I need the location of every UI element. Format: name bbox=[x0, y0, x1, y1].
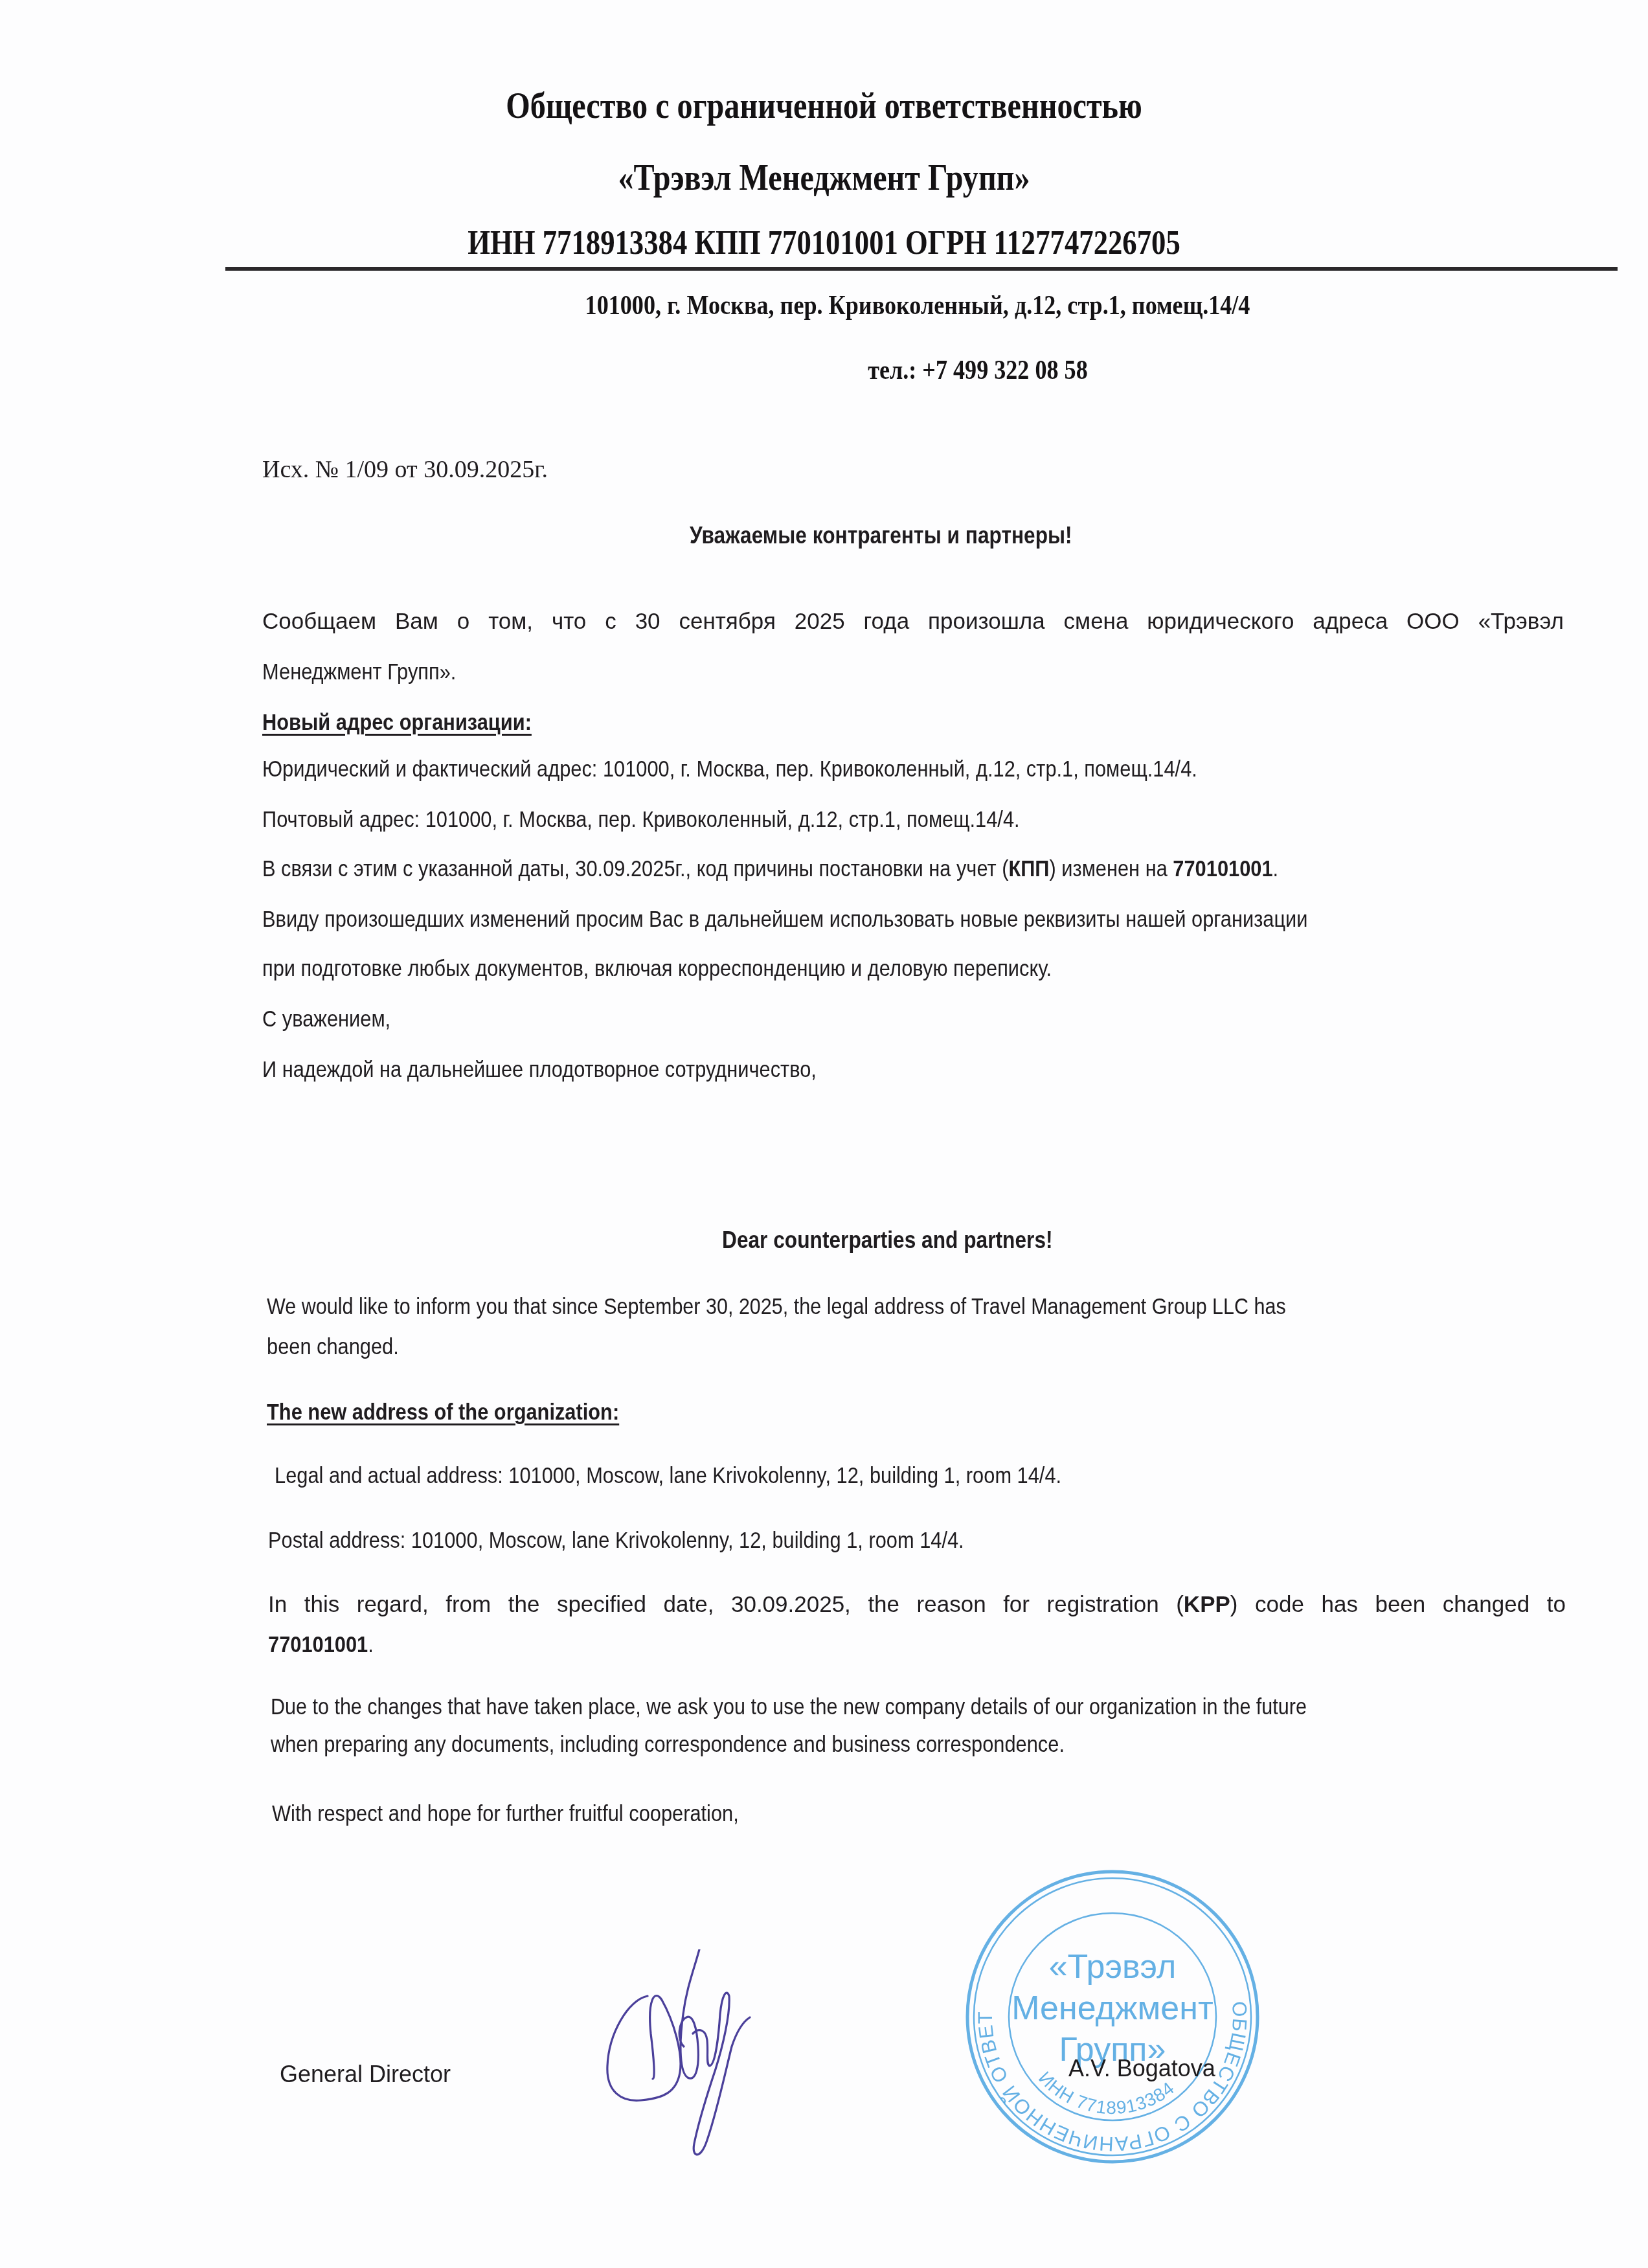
outgoing-reference: Исх. № 1/09 от 30.09.2025г. bbox=[262, 455, 548, 484]
letterhead-divider bbox=[225, 267, 1618, 271]
signatory-position: General Director bbox=[280, 2060, 451, 2089]
ru-request-line2-text: при подготовке любых документов, включая… bbox=[262, 955, 1052, 983]
ru-postal-address-text: Почтовый адрес: 101000, г. Москва, пер. … bbox=[262, 806, 1020, 834]
en-kpp-line1: Inthisregard,fromthespecifieddate,30.09.… bbox=[268, 1591, 1566, 1619]
word: 30.09.2025, bbox=[731, 1591, 851, 1619]
ru-intro-line1: СообщаемВамотом,чтос30сентября2025годапр… bbox=[262, 607, 1564, 636]
letterhead-org-form: Общество с ограниченной ответственностью bbox=[115, 85, 1533, 127]
ru-closing1-text: С уважением, bbox=[262, 1005, 390, 1034]
en-legal-address: Legal and actual address: 101000, Moscow… bbox=[275, 1462, 1169, 1490]
word: been bbox=[1375, 1591, 1425, 1619]
ru-intro-line2: Менеджмент Групп». bbox=[262, 658, 482, 686]
word: юридического bbox=[1147, 607, 1294, 636]
en-intro-line1-text: We would like to inform you that since S… bbox=[267, 1293, 1286, 1321]
word: адреса bbox=[1313, 607, 1388, 636]
word: (KPP) bbox=[1176, 1591, 1237, 1619]
word: registration bbox=[1047, 1591, 1159, 1619]
en-postal-address-text: Postal address: 101000, Moscow, lane Kri… bbox=[268, 1526, 964, 1555]
en-kpp-line2: 770101001. bbox=[268, 1631, 388, 1659]
en-closing: With respect and hope for further fruitf… bbox=[272, 1800, 802, 1828]
ru-salutation: Уважаемые контрагенты и партнеры! bbox=[690, 521, 1124, 550]
word: «Трэвэл bbox=[1478, 607, 1564, 636]
ru-closing2: И надеждой на дальнейшее плодотворное со… bbox=[262, 1056, 892, 1084]
en-salutation: Dear counterparties and partners! bbox=[722, 1226, 1098, 1254]
letterhead-org-name: «Трэвэл Менеджмент Групп» bbox=[115, 157, 1533, 199]
ru-request-line2: при подготовке любых документов, включая… bbox=[262, 955, 1159, 983]
en-closing-text: With respect and hope for further fruitf… bbox=[272, 1800, 739, 1828]
word: regard, bbox=[357, 1591, 429, 1619]
word: to bbox=[1547, 1591, 1566, 1619]
ru-new-address-heading-text: Новый адрес организации: bbox=[262, 709, 532, 737]
ru-request-line1-text: Ввиду произошедших изменений просим Вас … bbox=[262, 905, 1307, 934]
ru-intro-line2-text: Менеджмент Групп». bbox=[262, 658, 456, 686]
en-intro-line2-text: been changed. bbox=[267, 1333, 399, 1361]
company-seal-stamp: ОБЩЕСТВО С ОГРАНИЧЕННОЙ ОТВЕТСТВЕННОСТЬЮ… bbox=[965, 1869, 1260, 2164]
word: In bbox=[268, 1591, 287, 1619]
en-kpp-value: 770101001 bbox=[268, 1632, 368, 1657]
word: changed bbox=[1443, 1591, 1529, 1619]
word: specified bbox=[557, 1591, 646, 1619]
word: the bbox=[868, 1591, 899, 1619]
stamp-center-line1: «Трэвэл bbox=[1049, 1948, 1177, 1986]
en-request-line1-text: Due to the changes that have taken place… bbox=[271, 1693, 1307, 1721]
word: Сообщаем bbox=[262, 607, 376, 636]
en-request-line2: when preparing any documents, including … bbox=[271, 1730, 1173, 1759]
ru-salutation-text: Уважаемые контрагенты и партнеры! bbox=[690, 521, 1072, 550]
word: 2025 bbox=[795, 607, 845, 636]
ru-kpp-text-end: . bbox=[1273, 856, 1279, 881]
letterhead-registration: ИНН 7718913384 КПП 770101001 ОГРН 112774… bbox=[115, 224, 1533, 262]
word: сентября bbox=[679, 607, 776, 636]
word: с bbox=[605, 607, 616, 636]
ru-new-address-heading: Новый адрес организации: bbox=[262, 709, 569, 737]
signatory-name: A.V. Bogatova bbox=[1068, 2054, 1215, 2083]
word: reason bbox=[917, 1591, 986, 1619]
en-salutation-text: Dear counterparties and partners! bbox=[722, 1226, 1053, 1254]
word: том, bbox=[488, 607, 533, 636]
stamp-center-line2: Менеджмент bbox=[1011, 1990, 1213, 2027]
word: this bbox=[304, 1591, 339, 1619]
letterhead-address: 101000, г. Москва, пер. Кривоколенный, д… bbox=[547, 290, 1288, 321]
word: date, bbox=[664, 1591, 714, 1619]
handwritten-signature bbox=[602, 1949, 809, 2163]
en-postal-address: Postal address: 101000, Moscow, lane Kri… bbox=[268, 1526, 1059, 1555]
ru-legal-address-text: Юридический и фактический адрес: 101000,… bbox=[262, 755, 1197, 784]
ru-closing2-text: И надеждой на дальнейшее плодотворное со… bbox=[262, 1056, 817, 1084]
word: что bbox=[552, 607, 586, 636]
ru-legal-address: Юридический и фактический адрес: 101000,… bbox=[262, 755, 1325, 784]
word: года bbox=[864, 607, 910, 636]
ru-kpp-text-mid: ) изменен на bbox=[1050, 856, 1173, 881]
word: смена bbox=[1064, 607, 1129, 636]
en-request-line1: Due to the changes that have taken place… bbox=[271, 1693, 1459, 1721]
ru-kpp-value: 770101001 bbox=[1173, 856, 1272, 881]
ru-kpp-abbr: КПП bbox=[1008, 856, 1049, 881]
word: Вам bbox=[395, 607, 438, 636]
letterhead-phone: тел.: +7 499 322 08 58 bbox=[822, 355, 1134, 386]
ru-postal-address: Почтовый адрес: 101000, г. Москва, пер. … bbox=[262, 806, 1123, 834]
word: code bbox=[1255, 1591, 1304, 1619]
en-legal-address-text: Legal and actual address: 101000, Moscow… bbox=[275, 1462, 1061, 1490]
en-intro-line2: been changed. bbox=[267, 1333, 417, 1361]
en-kpp-end: . bbox=[368, 1632, 374, 1657]
word: о bbox=[457, 607, 469, 636]
ru-closing1: С уважением, bbox=[262, 1005, 408, 1034]
word: for bbox=[1003, 1591, 1030, 1619]
en-new-address-heading: The new address of the organization: bbox=[267, 1398, 667, 1427]
word: the bbox=[508, 1591, 540, 1619]
ru-kpp-change: В связи с этим с указанной даты, 30.09.2… bbox=[262, 855, 1417, 883]
word: has bbox=[1321, 1591, 1357, 1619]
en-request-line2-text: when preparing any documents, including … bbox=[271, 1730, 1065, 1759]
en-intro-line1: We would like to inform you that since S… bbox=[267, 1293, 1436, 1321]
word: ООО bbox=[1406, 607, 1460, 636]
word: 30 bbox=[635, 607, 660, 636]
word: произошла bbox=[928, 607, 1045, 636]
en-new-address-heading-text: The new address of the organization: bbox=[267, 1398, 619, 1427]
ru-kpp-text-pre: В связи с этим с указанной даты, 30.09.2… bbox=[262, 856, 1008, 881]
word: from bbox=[446, 1591, 491, 1619]
ru-request-line1: Ввиду произошедших изменений просим Вас … bbox=[262, 905, 1450, 934]
